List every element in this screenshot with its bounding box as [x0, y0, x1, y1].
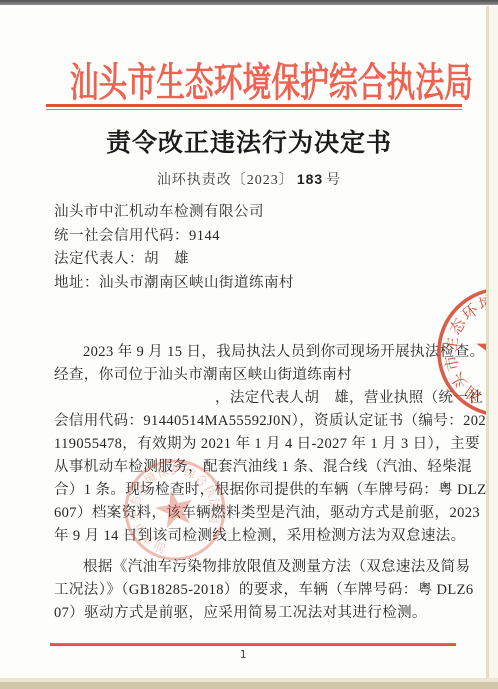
- docno-prefix: 汕环执责改〔2023〕: [157, 173, 294, 188]
- body-line: 年 9 月 14 日到该司检测线上检测，采用检测方法为双怠速法。: [54, 525, 466, 548]
- footer-divider: [50, 643, 456, 646]
- body-line: 经查，你司位于汕头市潮南区峡山街道练南村: [54, 364, 466, 387]
- body-line: 119055478，有效期为 2021 年 1 月 4 日-2027 年 1 月…: [54, 433, 466, 456]
- document-body: 2023 年 9 月 15 日，我局执法人员到你司现场开展执法检查。 经查，你司…: [54, 341, 466, 625]
- scan-top-edge: [0, 0, 498, 5]
- body-line: 607）档案资料，该车辆燃料类型是汽油，驱动方式是前驱，2023: [54, 502, 466, 525]
- body-line: 会信用代码：91440514MA55592J0N），资质认定证书（编号：202: [54, 410, 466, 433]
- page-number: 1: [0, 648, 486, 661]
- docno-suffix: 号: [326, 173, 341, 188]
- body-line: 07）驱动方式是前驱，应采用简易工况法对其进行检测。: [54, 602, 466, 625]
- document-title: 责令改正违法行为决定书: [0, 123, 498, 159]
- docno-number: 183: [297, 171, 323, 187]
- body-line: 2023 年 9 月 15 日，我局执法人员到你司现场开展执法检查。: [54, 341, 466, 364]
- recipient-company: 汕头市中汇机动车检测有限公司: [54, 201, 464, 225]
- recipient-block: 汕头市中汇机动车检测有限公司 统一社会信用代码：9144 法定代表人：胡 雄 地…: [54, 201, 464, 295]
- recipient-legal-representative: 法定代表人：胡 雄: [54, 248, 464, 272]
- scanned-document-page: 汕头市生态环境保护综合执法局 责令改正违法行为决定书 汕环执责改〔2023〕18…: [0, 0, 498, 689]
- body-line: 合）1 条。现场检查时，根据你司提供的车辆（车牌号码：粤 DLZ: [54, 479, 466, 502]
- document-number: 汕环执责改〔2023〕183号: [0, 169, 498, 189]
- recipient-address: 地址：汕头市潮南区峡山街道练南村: [54, 272, 464, 296]
- agency-header: 汕头市生态环境保护综合执法局: [70, 51, 429, 108]
- body-line: 从事机动车检测服务，配套汽油线 1 条、混合线（汽油、轻柴混: [54, 456, 466, 479]
- recipient-credit-code: 统一社会信用代码：9144: [54, 225, 464, 249]
- scan-right-margin: [489, 6, 498, 679]
- scan-bottom-edge: [0, 682, 498, 689]
- body-line: 工况法）》（GB18285-2018）的要求，车辆（车牌号码：粤 DLZ6: [54, 579, 466, 602]
- header-divider-thick: [46, 104, 462, 107]
- body-line: ，法定代表人胡 雄，营业执照（统一社: [54, 387, 466, 410]
- body-line: 根据《汽油车污染物排放限值及测量方法（双怠速法及简易: [54, 556, 466, 579]
- header-divider-thin: [46, 109, 462, 110]
